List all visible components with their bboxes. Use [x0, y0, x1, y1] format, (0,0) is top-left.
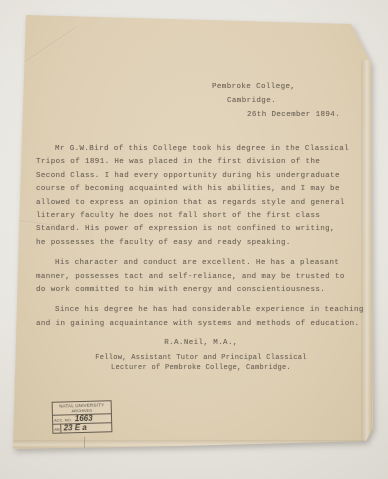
letterhead-date: 26th December 1894.	[247, 108, 340, 122]
letterhead-city: Cambridge.	[227, 94, 340, 108]
archive-stamp: NATAL UNIVERSITY ARCHIVES ACC. NO. 1663 …	[52, 400, 113, 434]
stamp-reference-label: AB	[53, 426, 60, 431]
signature-block: R.A.Neil, M.A., Fellow, Assistant Tutor …	[36, 337, 366, 373]
paper-shadow: Pembroke College, Cambridge. 26th Decemb…	[0, 0, 388, 479]
stamp-accession-label: ACC. NO.	[53, 417, 73, 423]
fold-crease-bottom	[13, 440, 372, 448]
crease-mark-bottom	[84, 437, 85, 451]
fold-crease-top-left	[1, 27, 77, 79]
stamp-reference-row: AB 23 E a	[53, 422, 111, 433]
letterhead: Pembroke College, Cambridge. 26th Decemb…	[212, 80, 340, 122]
scan-background: Pembroke College, Cambridge. 26th Decemb…	[0, 0, 388, 479]
body-paragraph-1: Mr G.W.Bird of this College took his deg…	[36, 143, 366, 250]
letter-paper: Pembroke College, Cambridge. 26th Decemb…	[0, 0, 388, 479]
signature-title: Fellow, Assistant Tutor and Principal Cl…	[36, 353, 366, 373]
letter-body: Mr G.W.Bird of this College took his deg…	[36, 143, 366, 331]
body-paragraph-3: Since his degree he has had considerable…	[36, 304, 366, 331]
stamp-reference-value: 23 E a	[61, 424, 89, 433]
signature-name: R.A.Neil, M.A.,	[36, 337, 366, 349]
body-paragraph-2: His character and conduct are excellent.…	[36, 257, 366, 297]
stamp-accession-value: 1663	[73, 415, 93, 424]
letterhead-college: Pembroke College,	[212, 80, 340, 94]
